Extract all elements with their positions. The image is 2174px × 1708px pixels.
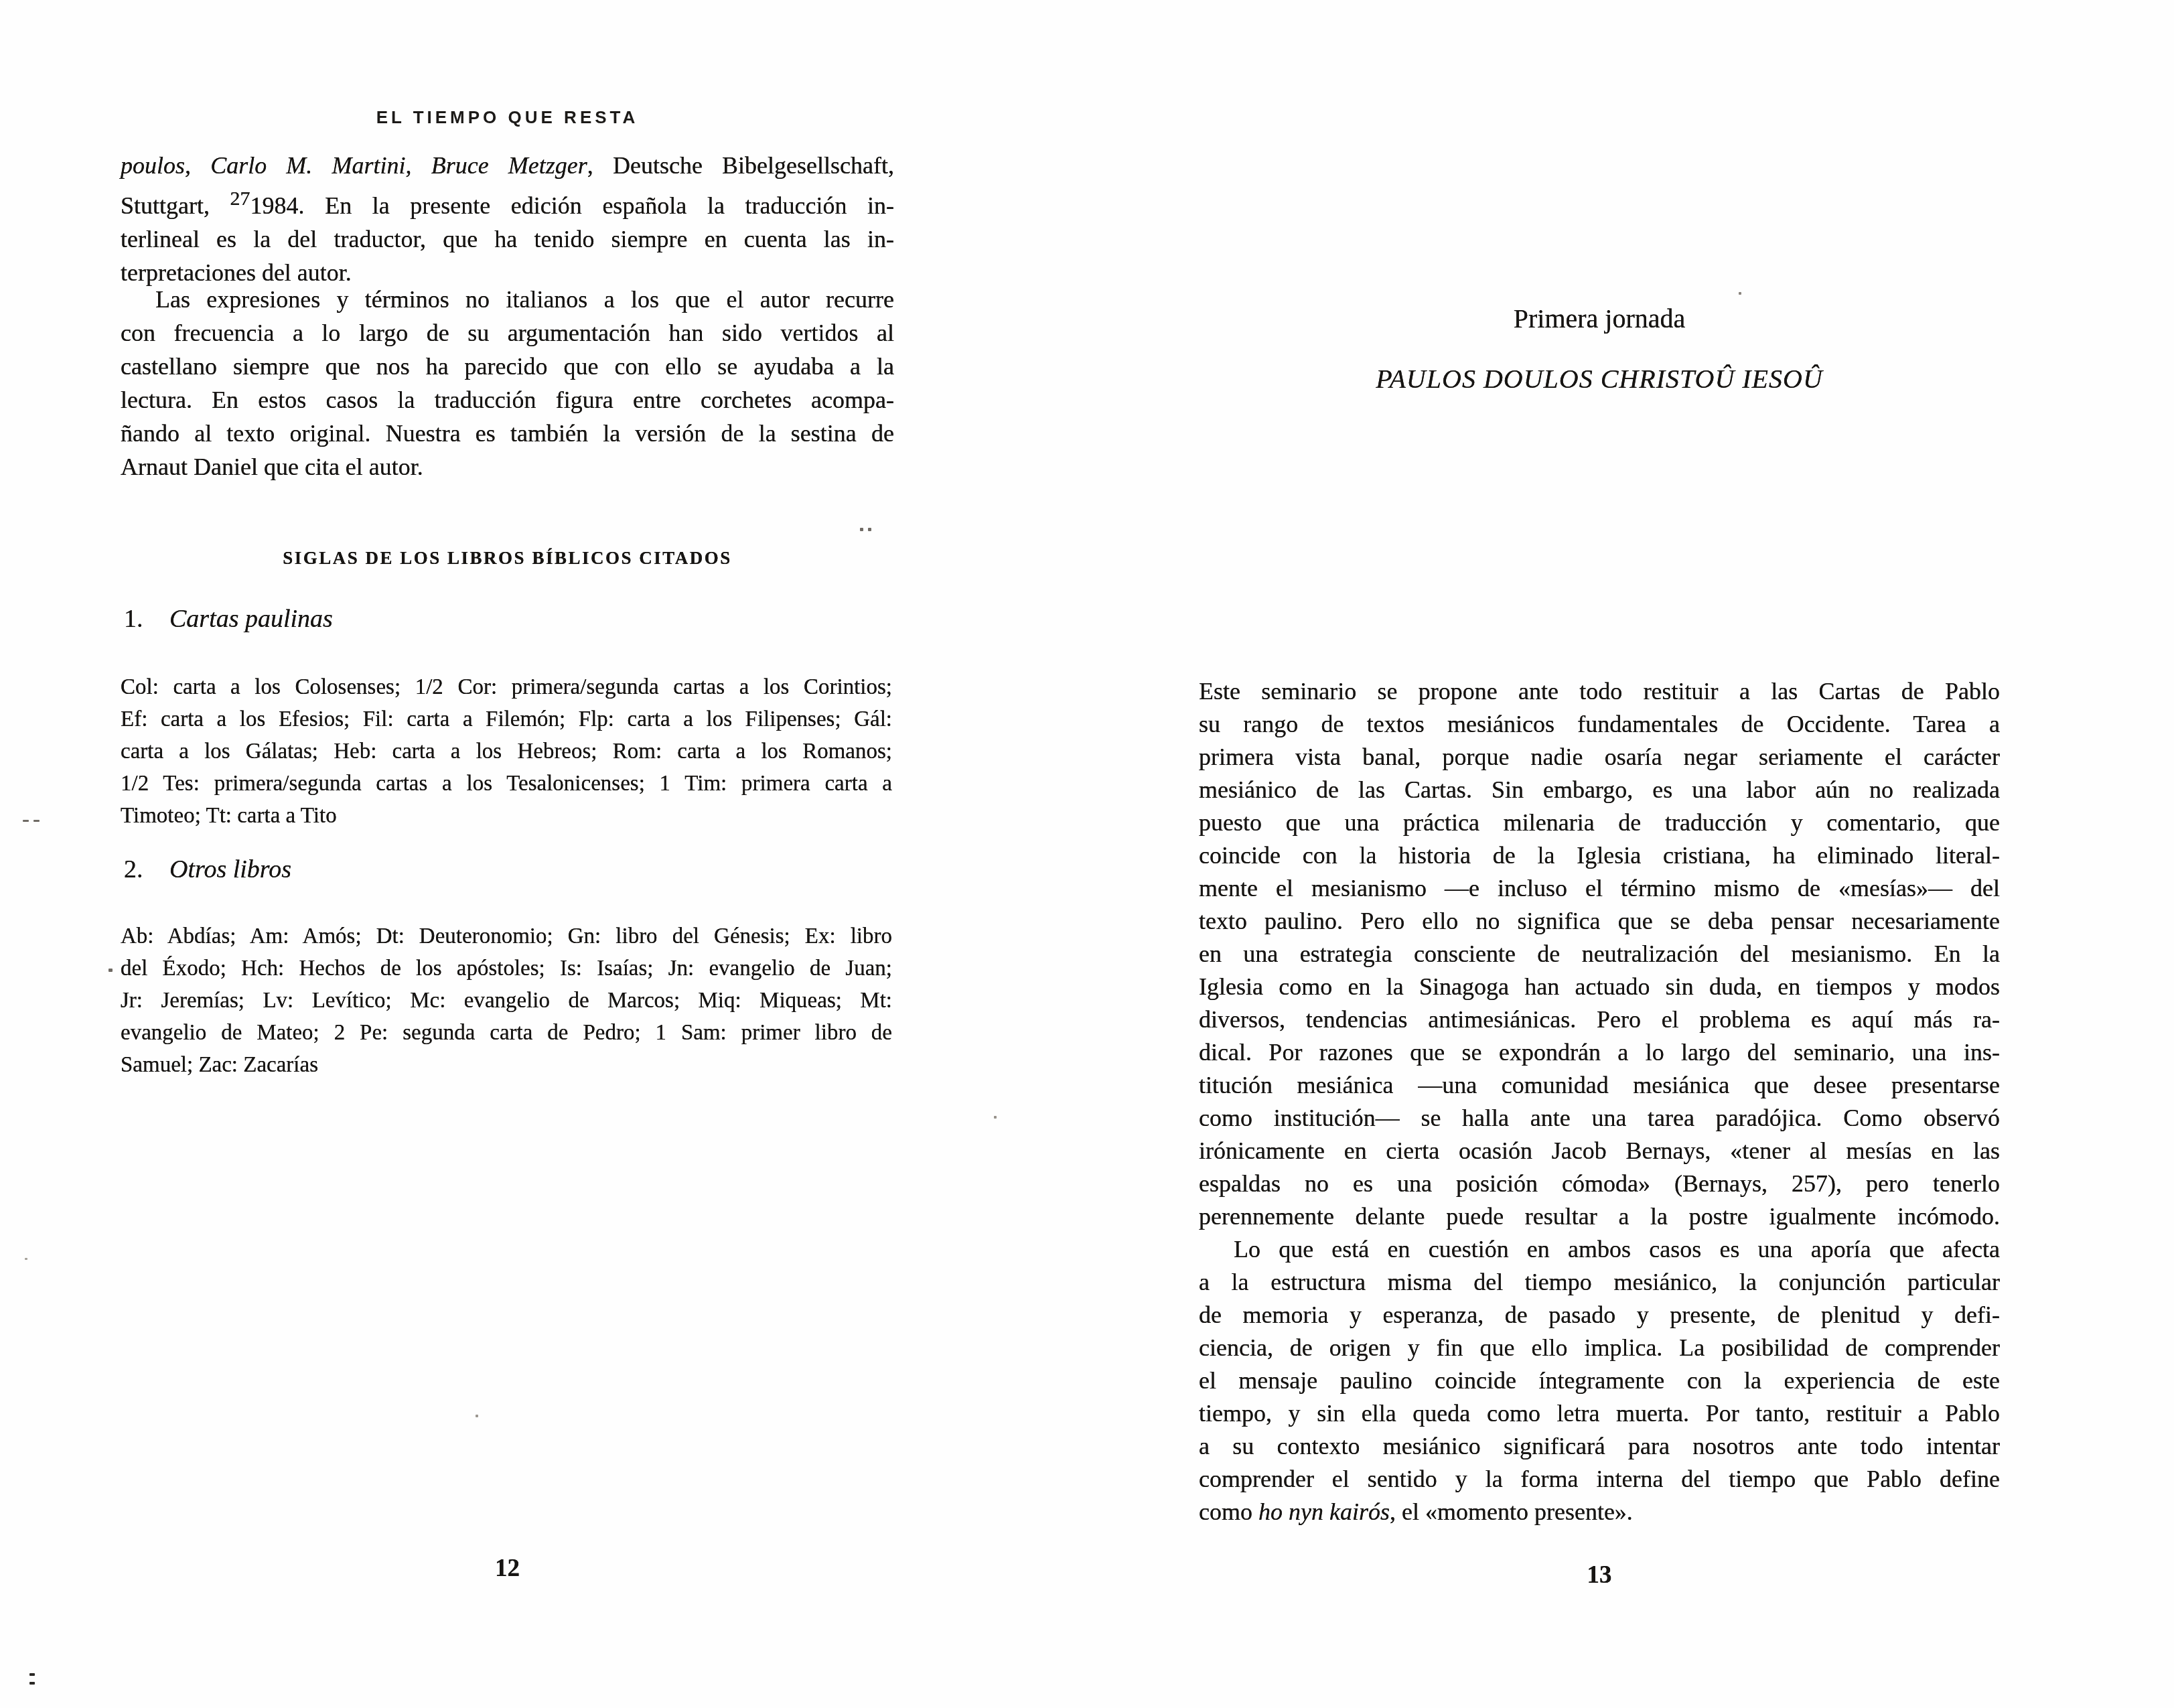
- text-line: texto paulino. Pero ello no significa qu…: [1199, 905, 2000, 938]
- scan-artifact: [33, 820, 40, 822]
- text-line: dical. Por razones que se expondrán a lo…: [1199, 1036, 2000, 1069]
- scan-artifact: [868, 528, 871, 531]
- text-line: ciencia, de origen y fin que ello implic…: [1199, 1332, 2000, 1364]
- scan-artifact: [25, 1258, 27, 1260]
- text-line: diversos, tendencias antimesiánicas. Per…: [1199, 1003, 2000, 1036]
- section-1-title: Cartas paulinas: [169, 605, 333, 633]
- section-2-number: 2.: [124, 855, 169, 884]
- text-line: 1/2 Tes: primera/segunda cartas a los Te…: [121, 768, 892, 800]
- text-line: castellano siempre que nos ha parecido q…: [121, 350, 894, 383]
- text-line: de memoria y esperanza, de pasado y pres…: [1199, 1299, 2000, 1332]
- text-line: su rango de textos mesiánicos fundamenta…: [1199, 708, 2000, 741]
- text-line: poulos, Carlo M. Martini, Bruce Metzger,…: [121, 149, 894, 182]
- front-matter-paragraph-1: poulos, Carlo M. Martini, Bruce Metzger,…: [121, 149, 894, 289]
- text-line: Ab: Abdías; Am: Amós; Dt: Deuteronomio; …: [121, 920, 892, 952]
- text-line: Arnaut Daniel que cita el autor.: [121, 450, 894, 484]
- text-line: Stuttgart, 271984. En la presente edició…: [121, 182, 894, 222]
- text-line: Timoteo; Tt: carta a Tito: [121, 800, 892, 832]
- chapter-title-transliteration: PAULOS DOULOS CHRISTOÛ IESOÛ: [1199, 363, 2000, 395]
- running-header: EL TIEMPO QUE RESTA: [121, 107, 894, 128]
- text-line: con frecuencia a lo largo de su argument…: [121, 316, 894, 350]
- page-number-left: 12: [121, 1554, 894, 1583]
- section-1-number: 1.: [124, 604, 169, 634]
- text-line: Las expresiones y términos no italianos …: [121, 283, 894, 316]
- front-matter-paragraph-2: Las expresiones y términos no italianos …: [121, 283, 894, 484]
- text-line: en una estrategia consciente de neutrali…: [1199, 938, 2000, 971]
- text-line: Ef: carta a los Efesios; Fil: carta a Fi…: [121, 703, 892, 735]
- text-line: ñando al texto original. Nuestra es tamb…: [121, 417, 894, 450]
- text-line: carta a los Gálatas; Heb: carta a los He…: [121, 735, 892, 768]
- chapter-body: Este seminario se propone ante todo rest…: [1199, 675, 2000, 1528]
- text-line: a su contexto mesiánico significará para…: [1199, 1430, 2000, 1463]
- scan-artifact: [23, 820, 29, 822]
- text-line: mesiánico de las Cartas. Sin embargo, es…: [1199, 774, 2000, 806]
- scan-artifact: [1739, 292, 1741, 295]
- text-line: el mensaje paulino coincide íntegramente…: [1199, 1364, 2000, 1397]
- text-line: irónicamente en cierta ocasión Jacob Ber…: [1199, 1135, 2000, 1167]
- text-line: espaldas no es una posición cómoda» (Ber…: [1199, 1167, 2000, 1200]
- text-line: puesto que una práctica milenaria de tra…: [1199, 806, 2000, 839]
- text-line: comprender el sentido y la forma interna…: [1199, 1463, 2000, 1496]
- scan-artifact: [860, 528, 863, 531]
- text-line: perennemente delante puede resultar a la…: [1199, 1200, 2000, 1233]
- text-line: lectura. En estos casos la traducción fi…: [121, 383, 894, 417]
- section-2-heading: 2.Otros libros: [124, 855, 894, 884]
- text-line: mente el mesianismo —e incluso el términ…: [1199, 872, 2000, 905]
- scanned-book-spread: EL TIEMPO QUE RESTA poulos, Carlo M. Mar…: [0, 0, 2174, 1708]
- text-line: evangelio de Mateo; 2 Pe: segunda carta …: [121, 1017, 892, 1049]
- text-line: Col: carta a los Colosenses; 1/2 Cor: pr…: [121, 671, 892, 703]
- section-1-abbreviations: Col: carta a los Colosenses; 1/2 Cor: pr…: [121, 671, 892, 832]
- section-2-title: Otros libros: [169, 855, 291, 883]
- scan-artifact: [476, 1415, 478, 1417]
- section-2-abbreviations: Ab: Abdías; Am: Amós; Dt: Deuteronomio; …: [121, 920, 892, 1081]
- scan-artifact: [29, 1673, 35, 1676]
- scan-artifact: [994, 1116, 997, 1119]
- text-line: coincide con la historia de la Iglesia c…: [1199, 839, 2000, 872]
- scan-artifact: [29, 1682, 35, 1685]
- scan-artifact: [108, 969, 113, 972]
- text-line: primera vista banal, porque nadie osaría…: [1199, 741, 2000, 774]
- text-line: tiempo, y sin ella queda como letra muer…: [1199, 1397, 2000, 1430]
- text-line: terlineal es la del traductor, que ha te…: [121, 222, 894, 256]
- text-line: Lo que está en cuestión en ambos casos e…: [1199, 1233, 2000, 1266]
- text-line: como institución— se halla ante una tare…: [1199, 1102, 2000, 1135]
- text-line: Este seminario se propone ante todo rest…: [1199, 675, 2000, 708]
- text-line: titución mesiánica —una comunidad mesián…: [1199, 1069, 2000, 1102]
- chapter-heading: Primera jornada: [1199, 303, 2000, 334]
- text-line: Jr: Jeremías; Lv: Levítico; Mc: evangeli…: [121, 985, 892, 1017]
- text-line: Samuel; Zac: Zacarías: [121, 1049, 892, 1081]
- page-number-right: 13: [1199, 1561, 2000, 1589]
- text-line: del Éxodo; Hch: Hechos de los apóstoles;…: [121, 952, 892, 985]
- text-line: a la estructura misma del tiempo mesiáni…: [1199, 1266, 2000, 1299]
- text-line: como ho nyn kairós, el «momento presente…: [1199, 1496, 2000, 1528]
- text-line: Iglesia como en la Sinagoga han actuado …: [1199, 971, 2000, 1003]
- siglas-heading: SIGLAS DE LOS LIBROS BÍBLICOS CITADOS: [121, 548, 894, 569]
- section-1-heading: 1.Cartas paulinas: [124, 604, 894, 634]
